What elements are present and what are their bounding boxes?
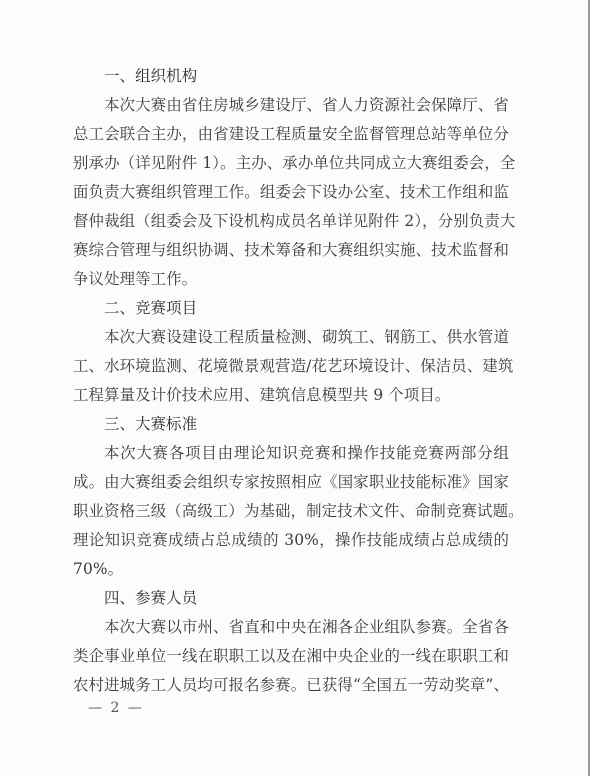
paragraph-line: 成。由大赛组委会组织专家按照相应《国家职业技能标准》国家 [73, 468, 509, 497]
paragraph-line: 70%。 [73, 555, 509, 584]
paragraph-line: 督仲裁组（组委会及下设机构成员名单详见附件 2），分别负责大 [73, 207, 509, 236]
paragraph-line: 别承办（详见附件 1）。主办、承办单位共同成立大赛组委会，全 [73, 149, 509, 178]
document-body: 一、组织机构 本次大赛由省住房城乡建设厅、省人力资源社会保障厅、省 总工会联合主… [73, 62, 509, 700]
paragraph-line: 工程算量及计价技术应用、建筑信息模型共 9 个项目。 [73, 381, 509, 410]
section-heading-participants: 四、参赛人员 [73, 584, 509, 613]
paragraph-line: 农村进城务工人员均可报名参赛。已获得“全国五一劳动奖章”、 [73, 671, 509, 700]
paragraph-line: 总工会联合主办，由省建设工程质量安全监督管理总站等单位分 [73, 120, 509, 149]
paragraph-line: 争议处理等工作。 [73, 265, 509, 294]
section-heading-organization: 一、组织机构 [73, 62, 509, 91]
paragraph-line: 理论知识竞赛成绩占总成绩的 30%，操作技能成绩占总成绩的 [73, 526, 509, 555]
paragraph-line: 本次大赛设建设工程质量检测、砌筑工、钢筋工、供水管道 [73, 323, 509, 352]
section-heading-standards: 三、大赛标准 [73, 410, 509, 439]
paragraph-line: 本次大赛各项目由理论知识竞赛和操作技能竞赛两部分组 [73, 439, 509, 468]
page-number: — 2 — [88, 700, 144, 716]
paragraph-line: 工、水环境监测、花境微景观营造/花艺环境设计、保洁员、建筑 [73, 352, 509, 381]
paragraph-line: 类企事业单位一线在职职工以及在湘中央企业的一线在职职工和 [73, 642, 509, 671]
paragraph-line: 职业资格三级（高级工）为基础，制定技术文件、命制竞赛试题。 [73, 497, 509, 526]
paragraph-line: 面负责大赛组织管理工作。组委会下设办公室、技术工作组和监 [73, 178, 509, 207]
paragraph-line: 本次大赛以市州、省直和中央在湘各企业组队参赛。全省各 [73, 613, 509, 642]
section-heading-competition-items: 二、竞赛项目 [73, 294, 509, 323]
paragraph-line: 赛综合管理与组织协调、技术筹备和大赛组织实施、技术监督和 [73, 236, 509, 265]
paragraph-line: 本次大赛由省住房城乡建设厅、省人力资源社会保障厅、省 [73, 91, 509, 120]
document-page: 一、组织机构 本次大赛由省住房城乡建设厅、省人力资源社会保障厅、省 总工会联合主… [0, 0, 590, 776]
